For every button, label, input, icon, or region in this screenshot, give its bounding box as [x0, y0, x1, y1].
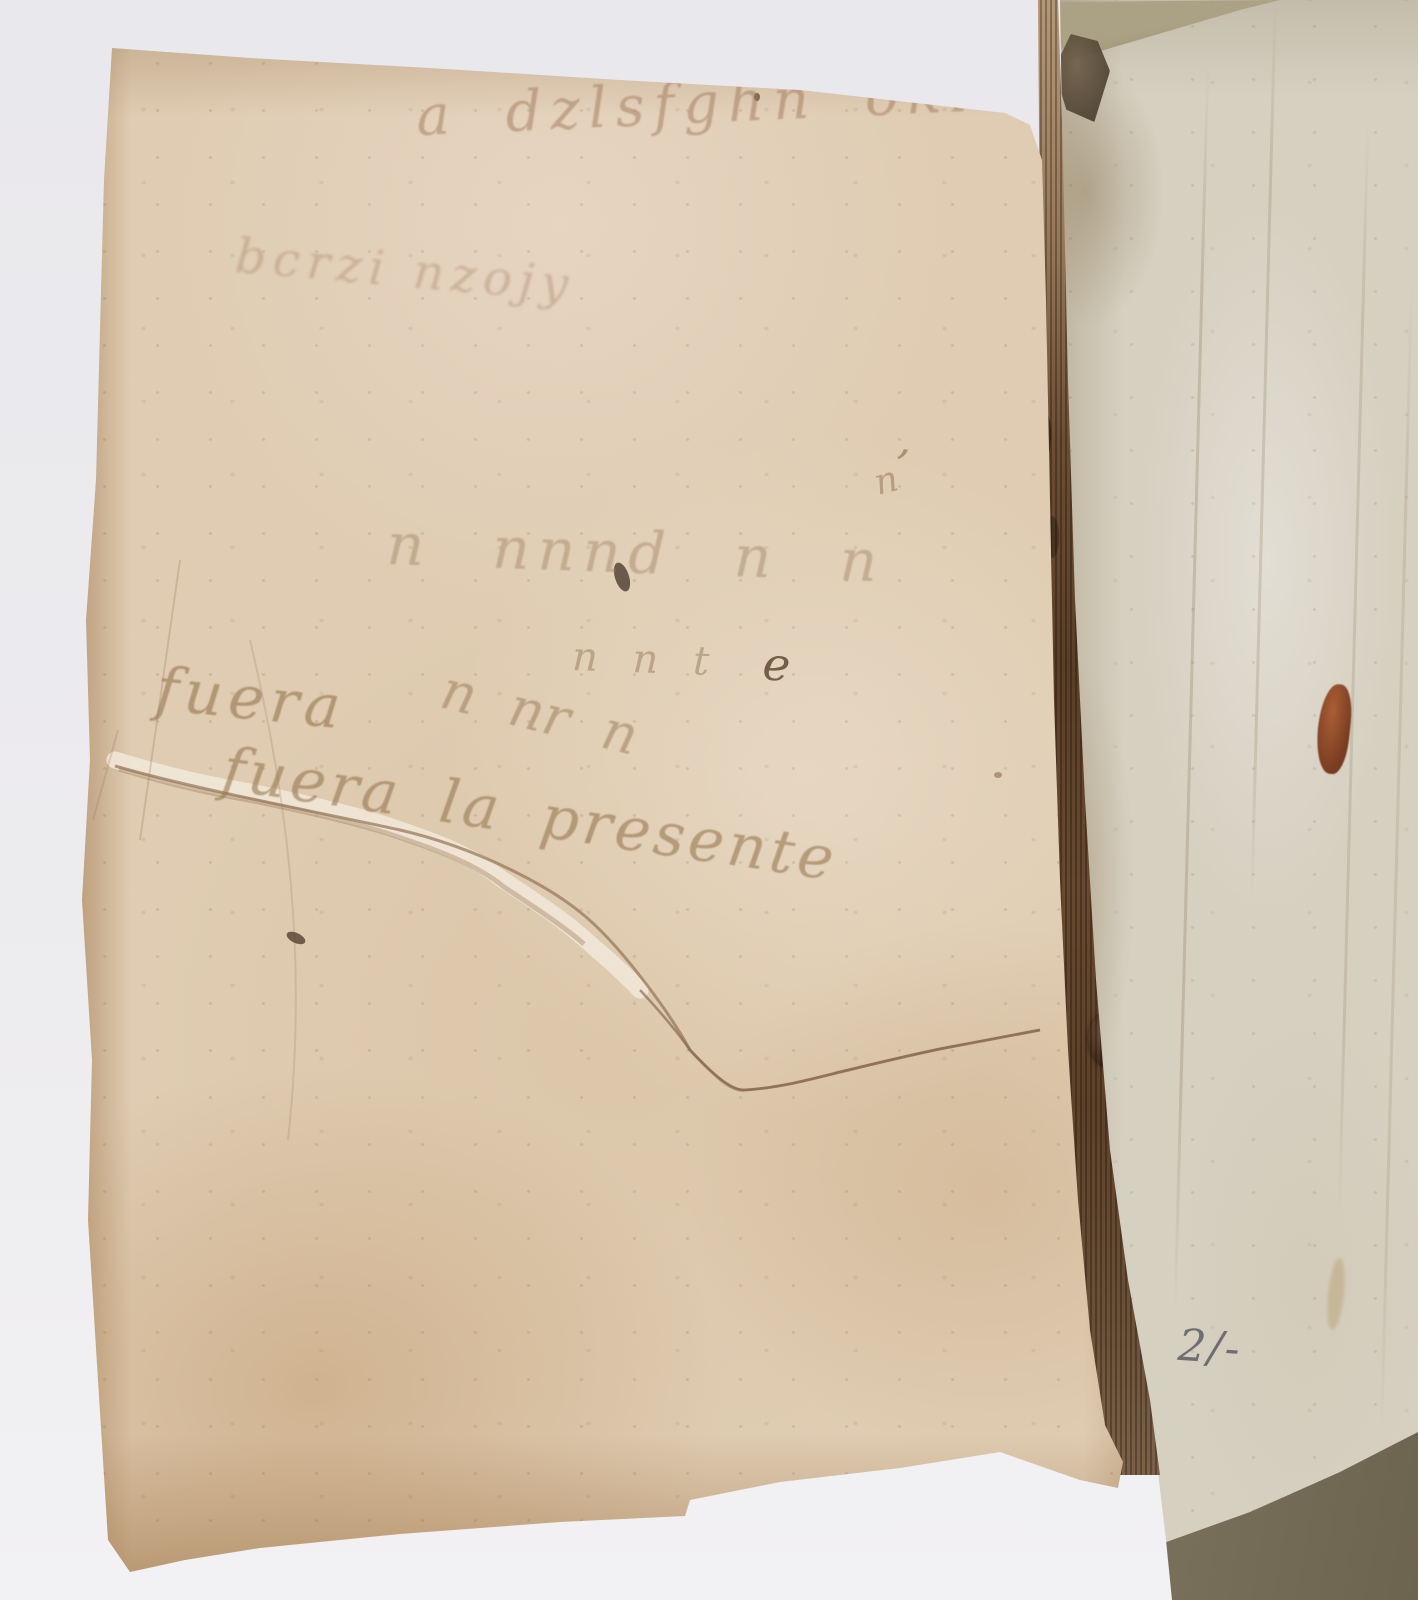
ink-phrase-fuera-la-presente: fuera la presente: [218, 734, 843, 895]
wax-stain: [1313, 683, 1354, 776]
ink-pen-trials-line: n nnnd n n: [386, 510, 887, 595]
ink-scrawl-upper: bcrzi nzojy: [233, 228, 577, 313]
cover-streak: [1338, 120, 1370, 1220]
cover-streak: [1174, 60, 1210, 1310]
ink-pen-trials-upper-row: n n t: [571, 634, 710, 685]
ink-pen-trial-e: e: [760, 636, 793, 693]
cover-streak: [1380, 280, 1413, 1440]
endpaper-page: a dzlsfghn okl bcrzi nzojy ’ n n nnnd n …: [78, 40, 1148, 1572]
ink-inscription-top: a dzlsfghn okl: [415, 60, 979, 149]
photo-backdrop: 2/- a dzlsfghn okl bcrzi nzojy: [0, 0, 1418, 1600]
faint-stain-mark: [1324, 1257, 1347, 1330]
pencil-price-mark: 2/-: [1176, 1320, 1243, 1375]
ink-word-fuera: fuera: [153, 654, 350, 744]
cover-streak: [1250, 0, 1277, 900]
